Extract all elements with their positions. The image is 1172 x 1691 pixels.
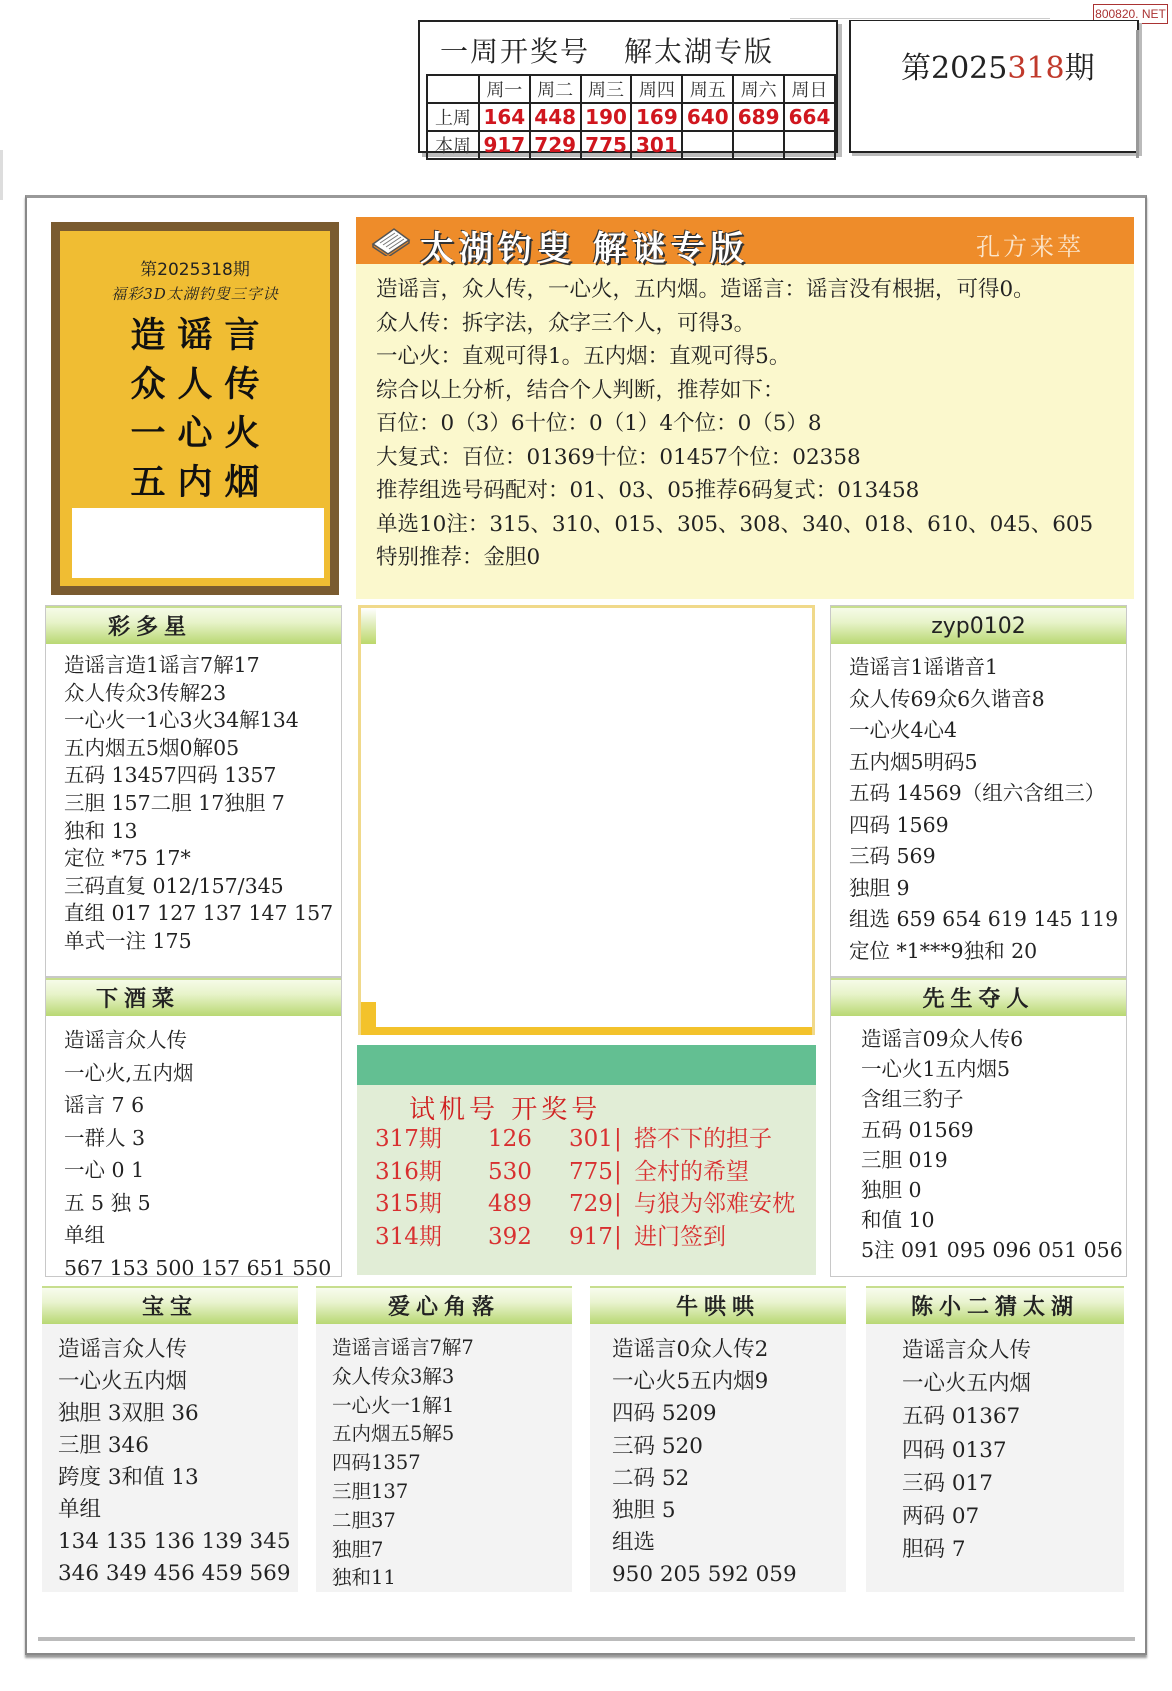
card-line: 四码 5209 (612, 1398, 830, 1430)
trial-period: 314期 (375, 1221, 488, 1254)
weekly-title-right: 解太湖专版 (624, 35, 774, 68)
card-title: 下酒菜 (46, 978, 341, 1016)
draw-number: 917 (479, 131, 530, 159)
card-line: 四码1357 (332, 1449, 556, 1478)
weekly-results-box: 一周开奖号解太湖专版 周一 周二 周三 周四 周五 周六 周日 上周 164 4… (418, 20, 838, 153)
decor-corner (361, 608, 376, 644)
card-line: 三码 520 (612, 1431, 830, 1463)
explanation-line: 百位：0（3）6十位：0（1）4个位：0（5）8 (376, 407, 1134, 441)
trial-row: 315期489729|与狼为邻难安枕 (375, 1188, 795, 1221)
explanation-author: 孔方来萃 (976, 227, 1084, 262)
trial-note: 与狼为邻难安枕 (634, 1191, 795, 1217)
card-line: 胆码 7 (902, 1533, 1108, 1566)
card-line: 造谣言造1谣言7解17 (64, 652, 323, 680)
card-line: 二胆37 (332, 1507, 556, 1536)
page-edge (1136, 30, 1139, 158)
draw-number: 729 (530, 131, 581, 159)
card-title: 先生夺人 (831, 978, 1126, 1016)
book-icon (370, 226, 412, 256)
trial-number: 392 (488, 1221, 536, 1254)
card-line: 三胆137 (332, 1478, 556, 1507)
corner-cell (427, 75, 479, 103)
explanation-line: 一心火：直观可得1。五内烟：直观可得5。 (376, 340, 1134, 374)
card-line: 五码 14569（组六含组三） (849, 778, 1108, 810)
card-line: 三码直复 012/157/345 (64, 873, 323, 901)
card-title: 陈小二猜太湖 (866, 1286, 1124, 1324)
card-line: 三胆 157二胆 17独胆 7 (64, 790, 323, 818)
draw-number: 169 (631, 103, 682, 131)
draw-number: 164 (479, 103, 530, 131)
card-line: 独胆 3双胆 36 (58, 1398, 282, 1430)
card-line: 组选 659 654 619 145 119 (849, 904, 1108, 936)
winning-number: 729 (569, 1188, 614, 1221)
card-chenxiaoer: 陈小二猜太湖 造谣言众人传 一心火五内烟 五码 01367 四码 0137 三码… (866, 1286, 1124, 1592)
card-line: 四码 0137 (902, 1434, 1108, 1467)
card-line: 众人传69众6久谐音8 (849, 684, 1108, 716)
card-line: 独和11 (332, 1564, 556, 1593)
card-line: 134 135 136 139 345 (58, 1526, 282, 1558)
weekly-header-row: 周一 周二 周三 周四 周五 周六 周日 (427, 75, 835, 103)
card-line: 五码 01367 (902, 1400, 1108, 1433)
trial-number: 126 (488, 1123, 536, 1156)
card-baobao: 宝宝 造谣言众人传 一心火五内烟 独胆 3双胆 36 三胆 346 跨度 3和值… (42, 1286, 298, 1592)
card-line: 众人传众3解3 (332, 1363, 556, 1392)
card-aixinjiaoluo: 爱心角落 造谣言谣言7解7 众人传众3解3 一心火一1解1 五内烟五5解5 四码… (316, 1286, 572, 1592)
weekly-table: 周一 周二 周三 周四 周五 周六 周日 上周 164 448 190 169 … (426, 74, 836, 160)
trial-header-bar (357, 1045, 816, 1085)
card-line: 三码 017 (902, 1467, 1108, 1500)
card-xiajiucai: 下酒菜 造谣言众人传 一心火,五内烟 谣言 7 6 一群人 3 一心 0 1 五… (45, 977, 342, 1277)
card-title: 爱心角落 (316, 1286, 572, 1324)
weekly-title: 一周开奖号解太湖专版 (440, 30, 774, 70)
card-line: 5注 091 095 096 051 056 (861, 1235, 1108, 1265)
poem-subtitle: 福彩3D太湖钓叟三字诀 (60, 283, 330, 304)
card-line: 造谣言谣言7解7 (332, 1334, 556, 1363)
row-label: 上周 (427, 103, 479, 131)
trial-note: 搭不下的担子 (634, 1126, 772, 1152)
explanation-panel: 太湖钓叟 解谜专版 孔方来萃 造谣言，众人传，一心火，五内烟。造谣言：谣言没有根… (356, 217, 1134, 599)
trial-title: 试机号 开奖号 (409, 1089, 601, 1126)
day-header: 周一 (479, 75, 530, 103)
card-line: 造谣言0众人传2 (612, 1334, 830, 1366)
card-line: 五码 01569 (861, 1115, 1108, 1145)
draw-number (682, 131, 733, 159)
poem-line: 一心火 (60, 409, 330, 458)
trial-number: 530 (488, 1156, 536, 1189)
card-line: 众人传众3传解23 (64, 680, 323, 708)
card-line: 三胆 346 (58, 1430, 282, 1462)
winning-number: 775 (569, 1156, 614, 1189)
poem-line: 五内烟 (60, 458, 330, 507)
card-line: 谣言 7 6 (64, 1089, 323, 1122)
card-line: 567 153 500 157 651 550 (64, 1252, 323, 1285)
row-label: 本周 (427, 131, 479, 159)
draw-number: 775 (581, 131, 632, 159)
card-line: 四码 1569 (849, 810, 1108, 842)
decor-bar (361, 1027, 812, 1035)
divider (790, 18, 1050, 19)
card-line: 346 349 456 459 569 (58, 1558, 282, 1590)
explanation-line: 造谣言，众人传，一心火，五内烟。造谣言：谣言没有根据，可得0。 (376, 273, 1134, 307)
trial-note: 进门签到 (634, 1224, 726, 1250)
card-line: 一心火,五内烟 (64, 1057, 323, 1090)
explanation-line: 众人传：拆字法，众字三个人，可得3。 (376, 307, 1134, 341)
weekly-title-left: 一周开奖号 (440, 35, 590, 68)
riddle-poem-card: 第2025318期 福彩3D太湖钓叟三字诀 造谣言 众人传 一心火 五内烟 (51, 222, 339, 595)
draw-number (733, 131, 784, 159)
trial-row: 317期126301|搭不下的担子 (375, 1123, 795, 1156)
draw-number: 301 (631, 131, 682, 159)
separator: | (614, 1221, 634, 1254)
card-zyp0102: zyp0102 造谣言1谣谐音1 众人传69众6久谐音8 一心火4心4 五内烟5… (830, 605, 1127, 977)
card-line: 五 5 独 5 (64, 1187, 323, 1220)
card-line: 跨度 3和值 13 (58, 1462, 282, 1494)
card-line: 950 205 592 059 (612, 1559, 830, 1591)
poem-line: 众人传 (60, 360, 330, 409)
explanation-line: 特别推荐：金胆0 (376, 541, 1134, 575)
page-edge (0, 150, 3, 200)
blank-image-area (358, 605, 815, 1035)
blank-area (72, 508, 324, 578)
card-line: 一心火1五内烟5 (861, 1054, 1108, 1084)
card-line: 独胆 9 (849, 873, 1108, 905)
draw-number: 664 (784, 103, 835, 131)
trial-numbers-panel: 试机号 开奖号 317期126301|搭不下的担子 316期530775|全村的… (357, 1045, 816, 1275)
explanation-line: 综合以上分析，结合个人判断，推荐如下： (376, 374, 1134, 408)
explanation-line: 推荐组选号码配对：01、03、05推荐6码复式：013458 (376, 474, 1134, 508)
day-header: 周三 (581, 75, 632, 103)
day-header: 周二 (530, 75, 581, 103)
trial-period: 316期 (375, 1156, 488, 1189)
card-line: 五内烟5明码5 (849, 747, 1108, 779)
card-caiduoxing: 彩多星 造谣言造1谣言7解17 众人传众3传解23 一心火一1心3火34解134… (45, 605, 342, 977)
card-line: 五内烟五5烟0解05 (64, 735, 323, 763)
card-title: 彩多星 (46, 606, 341, 644)
separator: | (614, 1188, 634, 1221)
card-line: 单式一注 175 (64, 928, 323, 956)
weekly-row-this-week: 本周 917 729 775 301 (427, 131, 835, 159)
card-line: 一心火一1心3火34解134 (64, 707, 323, 735)
card-line: 和值 10 (861, 1205, 1108, 1235)
card-line: 一心火一1解1 (332, 1392, 556, 1421)
card-title: zyp0102 (831, 606, 1126, 644)
weekly-row-last-week: 上周 164 448 190 169 640 689 664 (427, 103, 835, 131)
winning-number: 917 (569, 1221, 614, 1254)
card-niuhonghong: 牛哄哄 造谣言0众人传2 一心火5五内烟9 四码 5209 三码 520 二码 … (590, 1286, 846, 1592)
period-number: 318 (1007, 51, 1064, 86)
separator: | (614, 1123, 634, 1156)
trial-number: 489 (488, 1188, 536, 1221)
divider (38, 1637, 1135, 1641)
card-line: 含组三豹子 (861, 1084, 1108, 1114)
card-line: 两码 07 (902, 1500, 1108, 1533)
draw-number: 640 (682, 103, 733, 131)
card-line: 一心火五内烟 (902, 1367, 1108, 1400)
card-line: 五内烟五5解5 (332, 1420, 556, 1449)
draw-number: 190 (581, 103, 632, 131)
trial-period: 315期 (375, 1188, 488, 1221)
explanation-header: 太湖钓叟 解谜专版 孔方来萃 (356, 217, 1134, 264)
day-header: 周六 (733, 75, 784, 103)
card-title: 牛哄哄 (590, 1286, 846, 1324)
trial-period: 317期 (375, 1123, 488, 1156)
day-header: 周日 (784, 75, 835, 103)
card-line: 造谣言09众人传6 (861, 1024, 1108, 1054)
card-line: 一群人 3 (64, 1122, 323, 1155)
trial-row: 314期392917|进门签到 (375, 1221, 795, 1254)
card-line: 独和 13 (64, 818, 323, 846)
draw-number (784, 131, 835, 159)
separator: | (614, 1156, 634, 1189)
explanation-body: 造谣言，众人传，一心火，五内烟。造谣言：谣言没有根据，可得0。 众人传：拆字法，… (376, 273, 1134, 575)
poem-period: 第2025318期 (60, 255, 330, 280)
card-line: 独胆 5 (612, 1495, 830, 1527)
card-line: 单组 (64, 1219, 323, 1252)
card-line: 造谣言众人传 (902, 1334, 1108, 1367)
card-line: 独胆 0 (861, 1175, 1108, 1205)
card-line: 一心火五内烟 (58, 1366, 282, 1398)
card-line: 三码 569 (849, 841, 1108, 873)
trial-row: 316期530775|全村的希望 (375, 1156, 795, 1189)
card-line: 造谣言众人传 (64, 1024, 323, 1057)
day-header: 周四 (631, 75, 682, 103)
card-line: 三胆 019 (861, 1145, 1108, 1175)
period-suffix: 期 (1065, 51, 1095, 86)
card-xianshengduoren: 先生夺人 造谣言09众人传6 一心火1五内烟5 含组三豹子 五码 01569 三… (830, 977, 1127, 1277)
card-title: 宝宝 (42, 1286, 298, 1324)
period-prefix: 第2025 (901, 51, 1007, 86)
card-line: 造谣言众人传 (58, 1334, 282, 1366)
poem-lines: 造谣言 众人传 一心火 五内烟 (60, 311, 330, 507)
card-line: 一心火5五内烟9 (612, 1366, 830, 1398)
explanation-line: 大复式：百位：01369十位：01457个位：02358 (376, 441, 1134, 475)
card-line: 定位 *75 17* (64, 845, 323, 873)
card-line: 直组 017 127 137 147 157 (64, 900, 323, 928)
day-header: 周五 (682, 75, 733, 103)
explanation-line: 单选10注：315、310、015、305、308、340、018、610、04… (376, 508, 1134, 542)
poem-line: 造谣言 (60, 311, 330, 360)
card-line: 一心 0 1 (64, 1154, 323, 1187)
draw-number: 689 (733, 103, 784, 131)
card-line: 组选 (612, 1527, 830, 1559)
card-line: 造谣言1谣谐音1 (849, 652, 1108, 684)
draw-number: 448 (530, 103, 581, 131)
winning-number: 301 (569, 1123, 614, 1156)
card-line: 独胆7 (332, 1536, 556, 1565)
period-box: 第2025318期 (849, 20, 1139, 153)
card-line: 五码 13457四码 1357 (64, 762, 323, 790)
trial-note: 全村的希望 (634, 1159, 749, 1185)
card-line: 定位 *1***9独和 20 (849, 936, 1108, 968)
explanation-title: 太湖钓叟 解谜专版 (420, 221, 749, 270)
period-label: 第2025318期 (901, 43, 1095, 87)
card-line: 二码 52 (612, 1463, 830, 1495)
card-line: 一心火4心4 (849, 715, 1108, 747)
card-line: 单组 (58, 1494, 282, 1526)
